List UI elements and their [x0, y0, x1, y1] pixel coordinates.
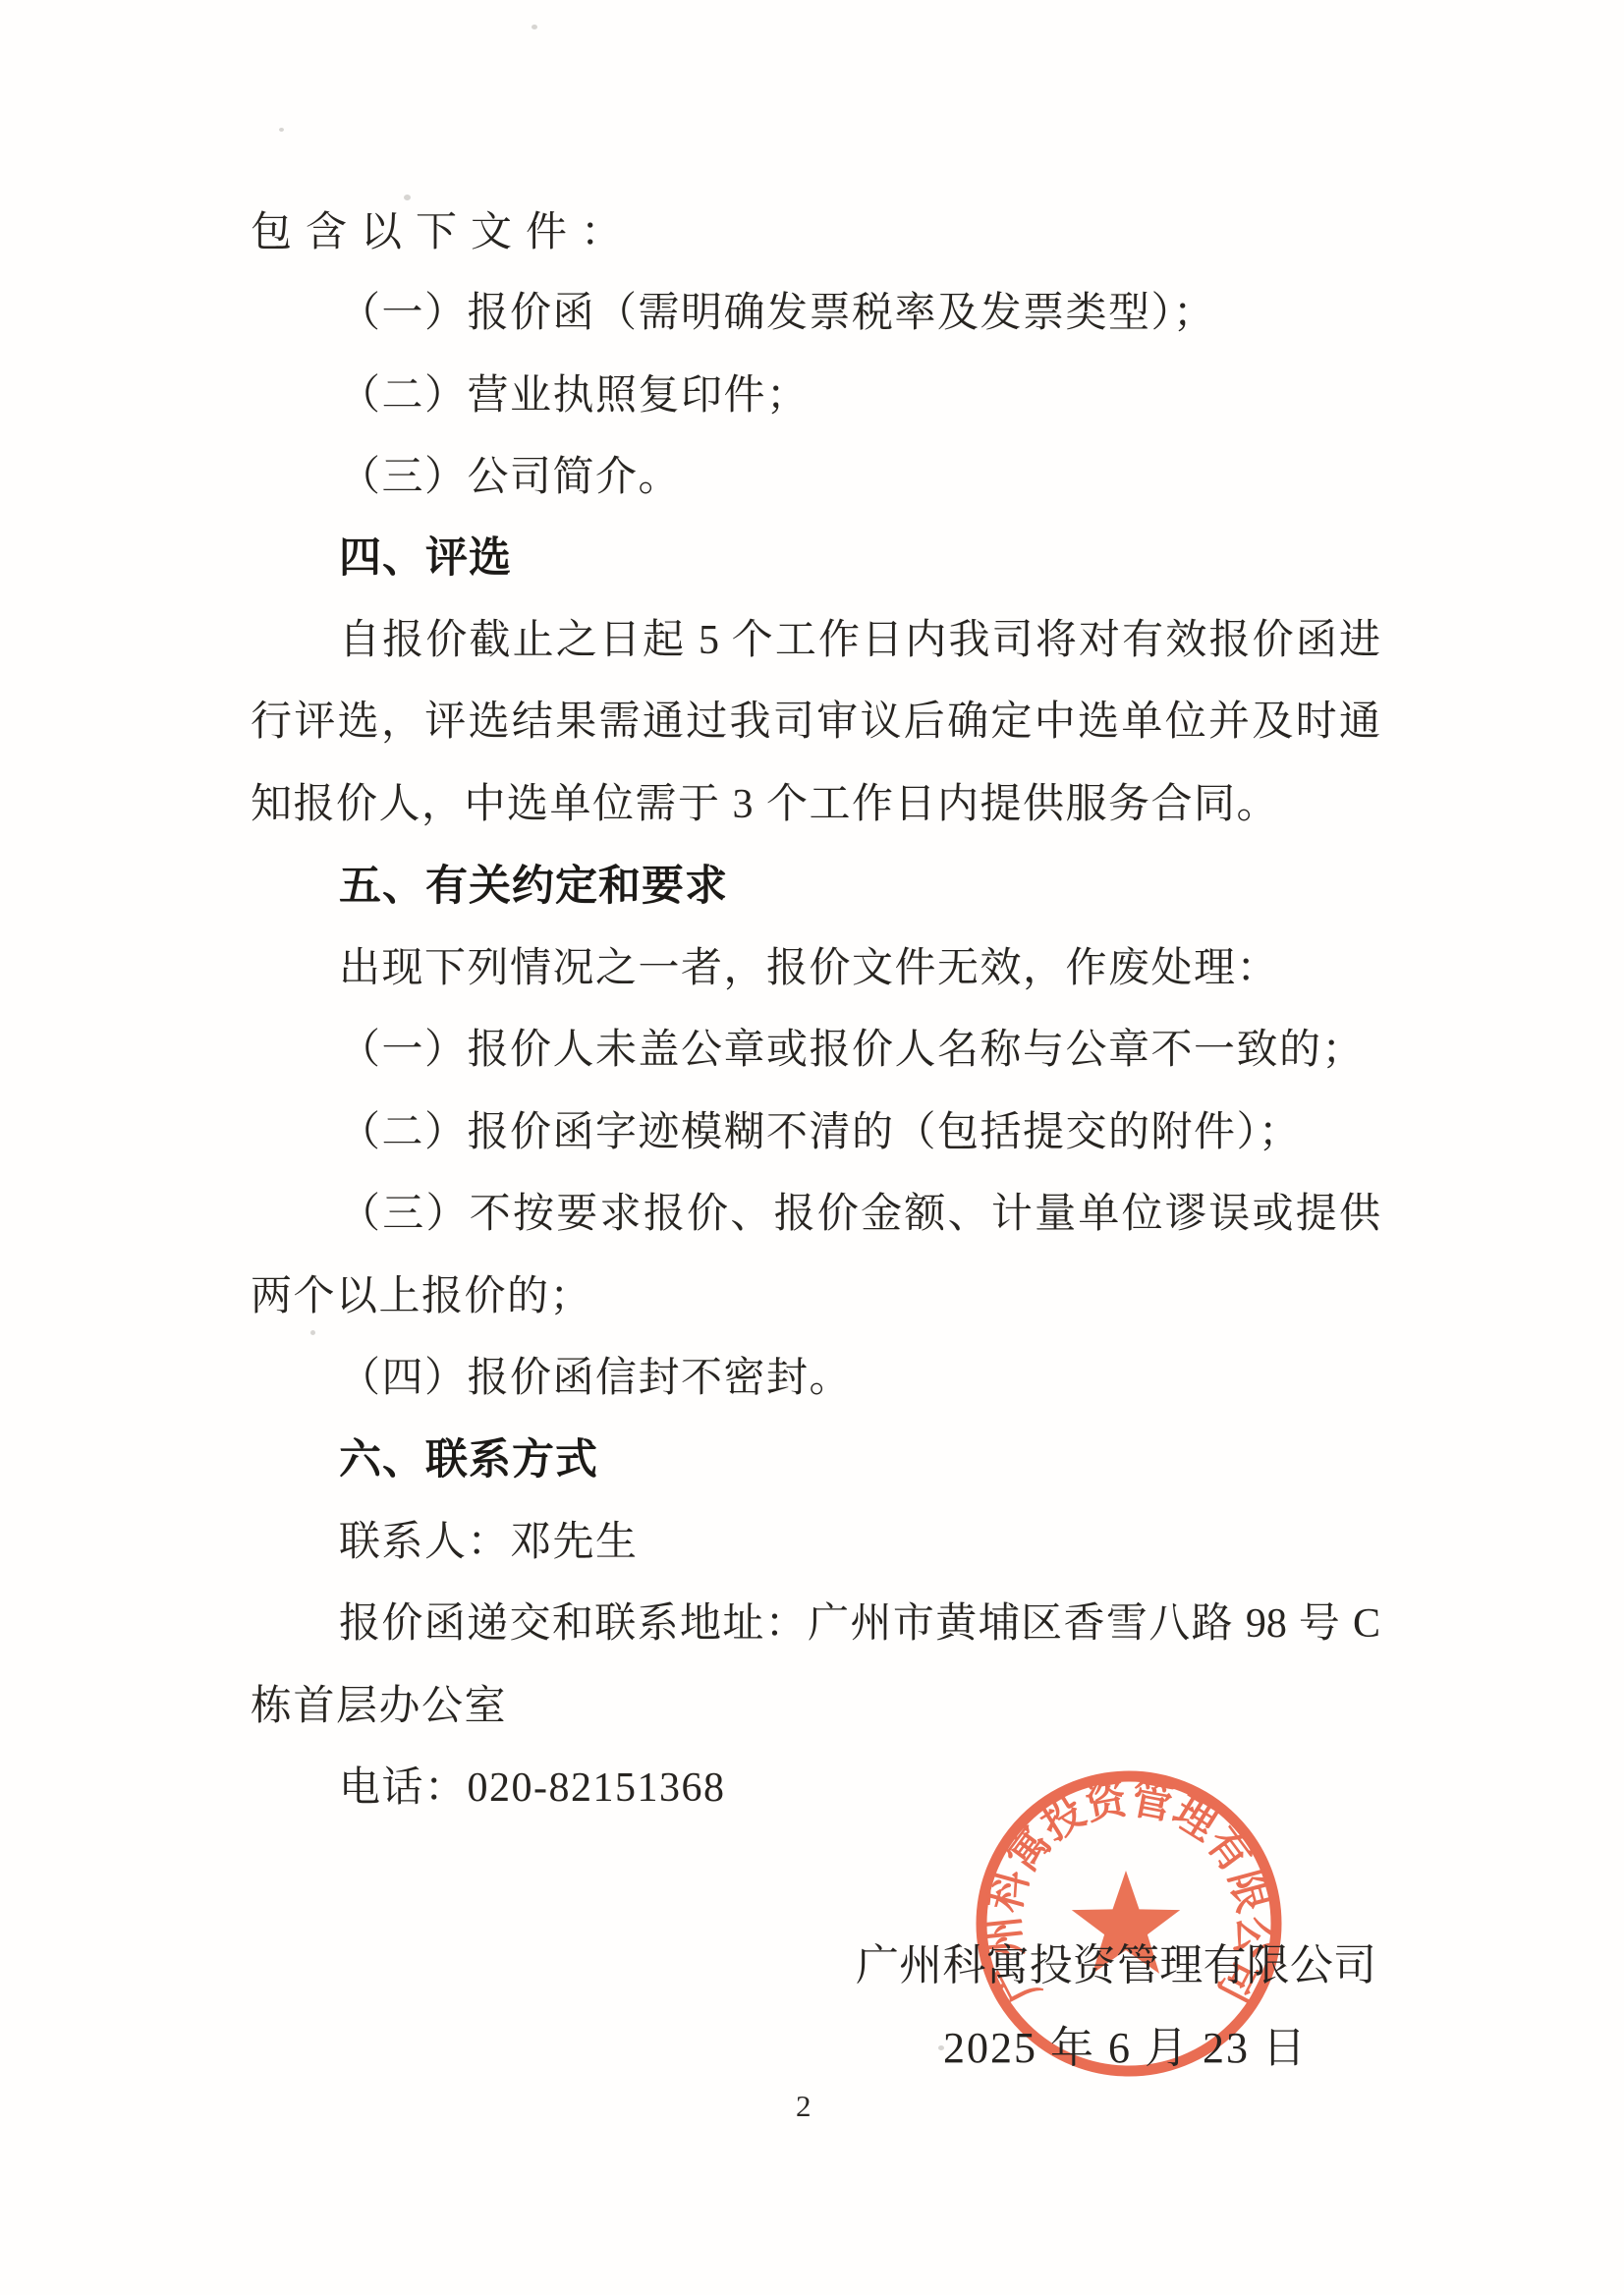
scan-artifact [938, 2045, 944, 2050]
section-heading: 四、评选 [339, 534, 512, 585]
paragraph-line: 行评选，评选结果需通过我司审议后确定中选单位并及时通 [251, 699, 1380, 748]
paragraph-line: 自报价截止之日起 5 个工作日内我司将对有效报价函进 [339, 617, 1380, 666]
section-heading: 五、有关约定和要求 [339, 863, 728, 913]
paragraph-line: 两个以上报价的； [251, 1273, 592, 1322]
scan-artifact [404, 195, 411, 200]
address-line: 报价函递交和联系地址：广州市黄埔区香雪八路 98 号 C [251, 1600, 1380, 1650]
scan-artifact [279, 128, 284, 132]
address-line: 栋首层办公室 [251, 1683, 507, 1732]
list-item: （二）报价函字迹模糊不清的（包括提交的附件）； [339, 1109, 1302, 1158]
signature-company-name: 广州科寓投资管理有限公司 [856, 1930, 1376, 1992]
paragraph-line: 包含以下文件： [251, 209, 636, 258]
scan-artifact [310, 1330, 315, 1335]
page-number: 2 [796, 2089, 812, 2124]
list-item: （四）报价函信封不密封。 [339, 1355, 852, 1404]
phone-line: 电话：020-82151368 [339, 1764, 726, 1814]
scan-artifact [532, 25, 537, 29]
section-heading: 六、联系方式 [339, 1436, 598, 1486]
paragraph-line: 出现下列情况之一者，报价文件无效，作废处理： [339, 945, 1279, 994]
document-page: 包含以下文件： （一）报价函（需明确发票税率及发票类型）； （二）营业执照复印件… [0, 0, 1624, 2295]
list-item: （一）报价人未盖公章或报价人名称与公章不一致的； [339, 1027, 1365, 1076]
list-item: （一）报价函（需明确发票税率及发票类型）； [339, 290, 1216, 339]
signature-date: 2025 年 6 月 23 日 [943, 2012, 1308, 2075]
paragraph-line: 知报价人，中选单位需于 3 个工作日内提供服务合同。 [251, 781, 1279, 830]
contact-person-line: 联系人：邓先生 [339, 1519, 639, 1568]
list-item: （三）不按要求报价、报价金额、计量单位谬误或提供 [339, 1191, 1380, 1240]
list-item: （二）营业执照复印件； [339, 372, 810, 421]
list-item: （三）公司简介。 [339, 454, 681, 503]
